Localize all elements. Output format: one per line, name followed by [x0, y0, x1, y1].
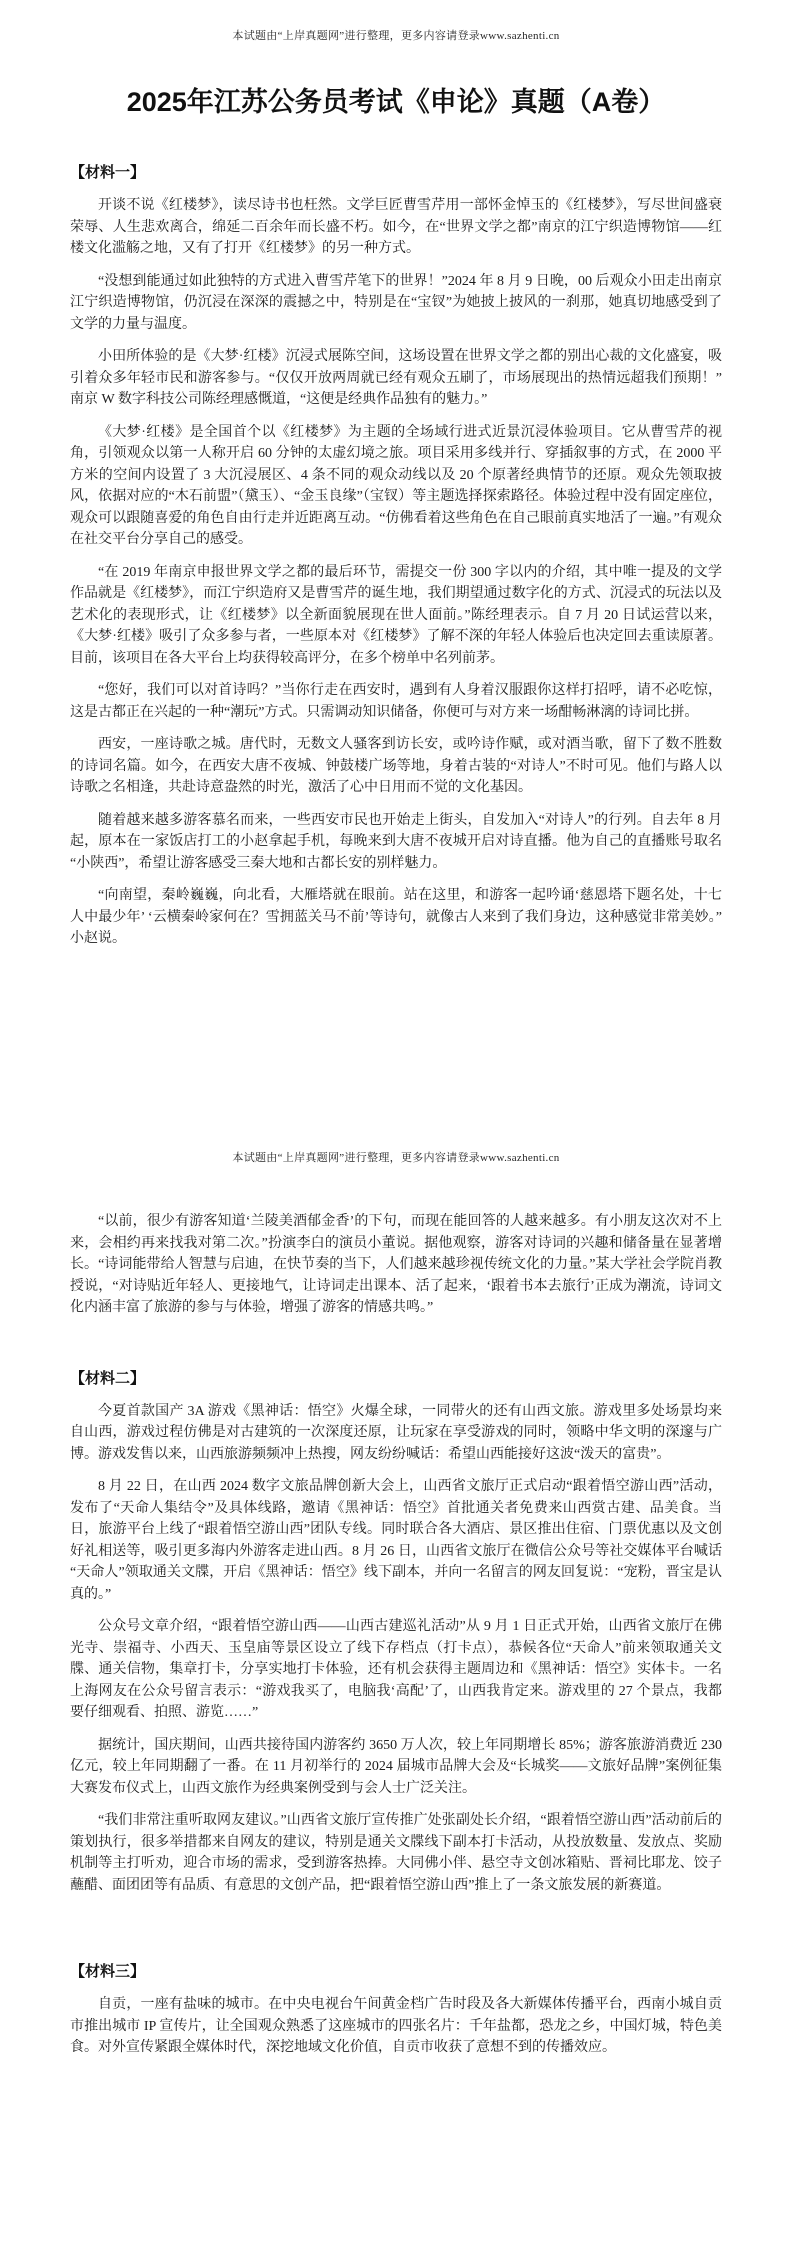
material-1-paragraph: “向南望，秦岭巍巍，向北看，大雁塔就在眼前。站在这里，和游客一起吟诵‘慈恩塔下题… — [70, 885, 722, 950]
page-2: 本试题由“上岸真题网”进行整理，更多内容请登录www.sazhenti.cn “… — [0, 1122, 794, 2244]
material-2-heading: 【材料二】 — [70, 1367, 722, 1388]
material-2-paragraph: 今夏首款国产 3A 游戏《黑神话：悟空》火爆全球，一同带火的还有山西文旅。游戏里… — [70, 1401, 722, 1466]
material-1-paragraph: 西安，一座诗歌之城。唐代时，无数文人骚客到访长安，或吟诗作赋，或对酒当歌，留下了… — [70, 734, 722, 799]
material-1-paragraph: 开谈不说《红楼梦》，读尽诗书也枉然。文学巨匠曹雪芹用一部怀金悼玉的《红楼梦》，写… — [70, 195, 722, 260]
material-1-paragraph: 《大梦·红楼》是全国首个以《红楼梦》为主题的全场域行进式近景沉浸体验项目。它从曹… — [70, 422, 722, 551]
watermark-note: 本试题由“上岸真题网”进行整理，更多内容请登录www.sazhenti.cn — [70, 1122, 722, 1165]
material-1-paragraph: “没想到能通过如此独特的方式进入曹雪芹笔下的世界！”2024 年 8 月 9 日… — [70, 271, 722, 336]
material-2-paragraph: 据统计，国庆期间，山西共接待国内游客约 3650 万人次，较上年同期增长 85%… — [70, 1735, 722, 1800]
material-3-heading: 【材料三】 — [70, 1960, 722, 1981]
material-1-paragraph: “在 2019 年南京申报世界文学之都的最后环节，需提交一份 300 字以内的介… — [70, 562, 722, 670]
material-2-paragraph: 8 月 22 日，在山西 2024 数字文旅品牌创新大会上，山西省文旅厅正式启动… — [70, 1476, 722, 1605]
watermark-note: 本试题由“上岸真题网”进行整理，更多内容请登录www.sazhenti.cn — [70, 0, 722, 43]
material-1-paragraph: 随着越来越多游客慕名而来，一些西安市民也开始走上街头，自发加入“对诗人”的行列。… — [70, 810, 722, 875]
material-1-paragraph-continued: “以前，很少有游客知道‘兰陵美酒郁金香’的下句，而现在能回答的人越来越多。有小朋… — [70, 1211, 722, 1319]
page-1: 本试题由“上岸真题网”进行整理，更多内容请登录www.sazhenti.cn 2… — [0, 0, 794, 1122]
material-1-paragraph: “您好，我们可以对首诗吗？”当你行走在西安时，遇到有人身着汉服跟你这样打招呼，请… — [70, 680, 722, 723]
material-1-paragraph: 小田所体验的是《大梦·红楼》沉浸式展陈空间，这场设置在世界文学之都的别出心裁的文… — [70, 346, 722, 411]
material-2-paragraph: 公众号文章介绍，“跟着悟空游山西——山西古建巡礼活动”从 9 月 1 日正式开始… — [70, 1616, 722, 1724]
material-2-paragraph: “我们非常注重听取网友建议。”山西省文旅厅宣传推广处张副处长介绍，“跟着悟空游山… — [70, 1810, 722, 1896]
material-1-heading: 【材料一】 — [70, 161, 722, 182]
document-title: 2025年江苏公务员考试《申论》真题（A卷） — [70, 80, 722, 119]
material-3-paragraph: 自贡，一座有盐味的城市。在中央电视台午间黄金档广告时段及各大新媒体传播平台，西南… — [70, 1994, 722, 2059]
